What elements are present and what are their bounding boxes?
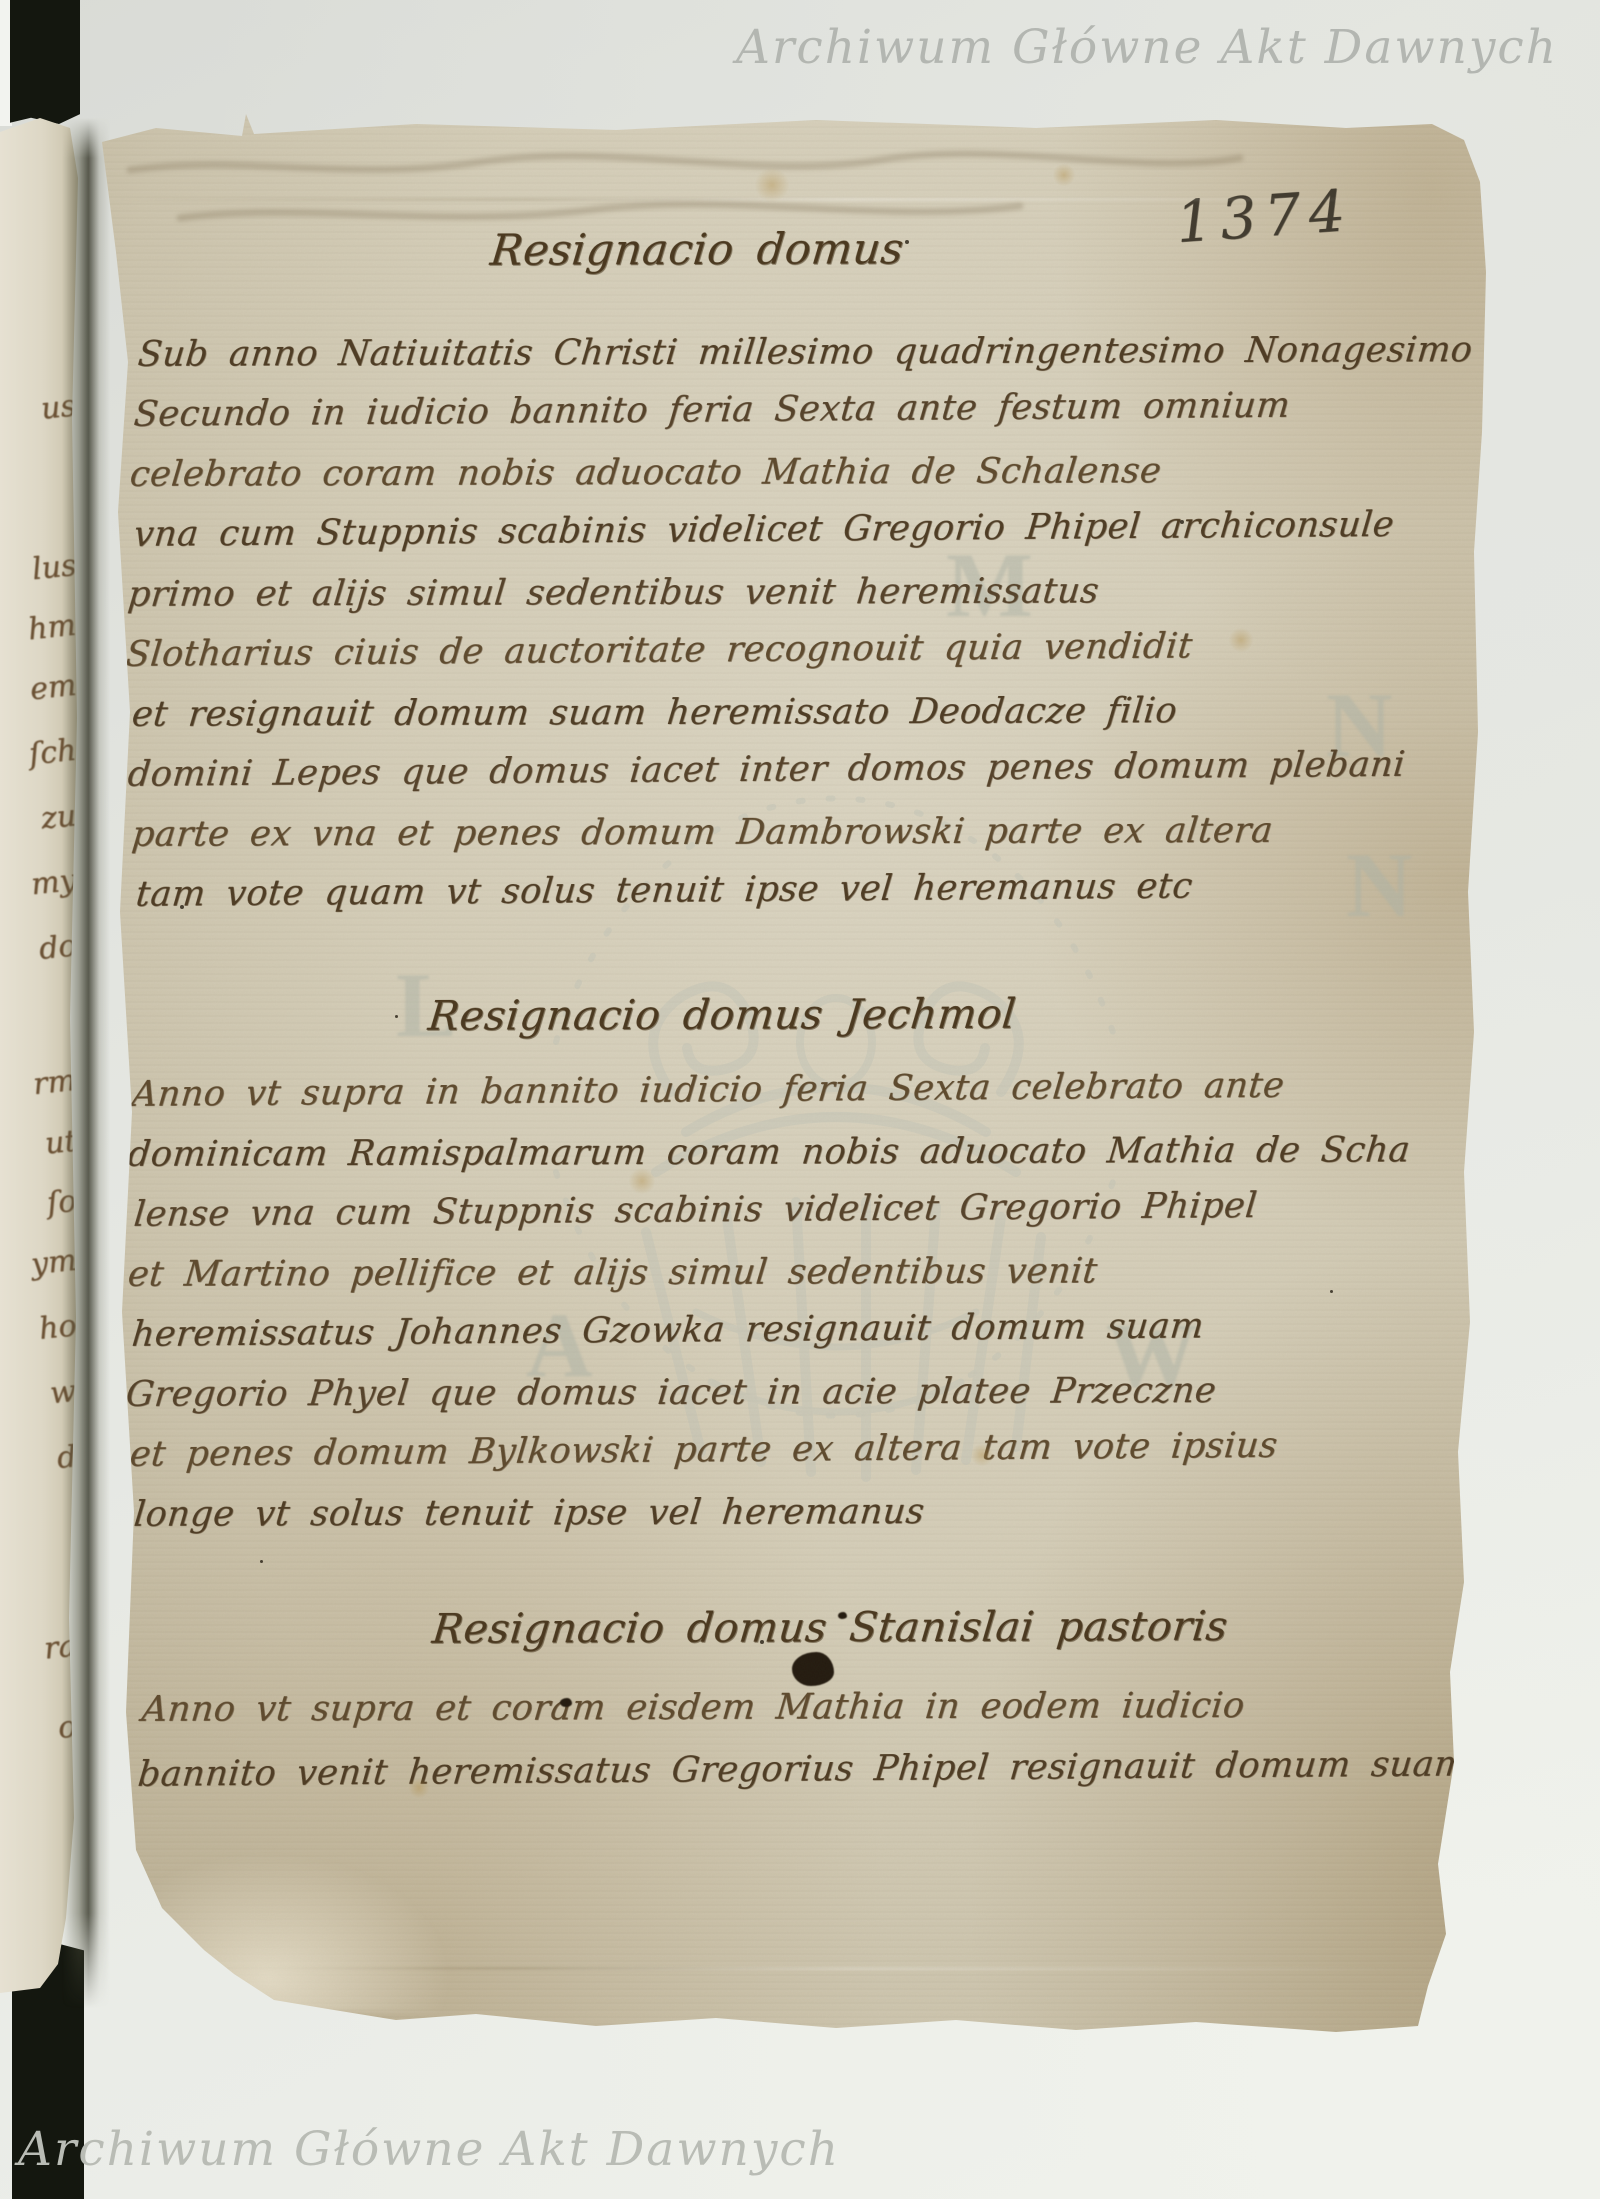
- binding-ribbon-top: [10, 0, 80, 124]
- fly-speck: [180, 905, 184, 909]
- stamp-letter: N: [1346, 832, 1412, 938]
- ink-blot: [792, 1652, 834, 1686]
- manuscript-line: celebrato coram nobis aduocato Mathia de…: [128, 451, 1163, 495]
- foxing-stain: [1228, 628, 1254, 652]
- section-heading: Resignacio domus: [488, 225, 906, 276]
- manuscript-page: M N N W A L 1374 Resignacio domus Sub an…: [96, 112, 1486, 2037]
- manuscript-line: tam vote quam vt solus tenuit ipse vel h…: [134, 867, 1194, 915]
- foxing-stain: [754, 168, 790, 202]
- manuscript-line: heremissatus Johannes Gzowka resignauit …: [130, 1307, 1206, 1355]
- manuscript-line: Gregorio Phyel que domus iacet in acie p…: [124, 1371, 1218, 1415]
- archive-watermark-bottom: Archiwum Główne Akt Dawnych: [18, 2122, 840, 2177]
- manuscript-line: primo et alijs simul sedentibus venit he…: [126, 572, 1101, 615]
- manuscript-line: Anno vt supra et coram eisdem Mathia in …: [140, 1686, 1247, 1730]
- manuscript-line: Slotharius ciuis de auctoritate recognou…: [124, 627, 1194, 675]
- binding-gutter-shadow: [62, 118, 110, 2008]
- manuscript-line: longe vt solus tenuit ipse vel heremanus: [132, 1492, 926, 1535]
- archive-watermark-top: Archiwum Główne Akt Dawnych: [736, 20, 1558, 75]
- fly-speck: [1180, 520, 1184, 524]
- fold-crease: [116, 198, 1446, 201]
- manuscript-line: Sub anno Natiuitatis Christi millesimo q…: [136, 330, 1474, 375]
- manuscript-line: et Martino pellifice et alijs simul sede…: [126, 1252, 1099, 1295]
- foxing-stain: [408, 1778, 430, 1798]
- fly-speck: [1330, 1290, 1333, 1293]
- fly-speck: [260, 1560, 263, 1563]
- section-heading: Resignacio domus Stanislai pastoris: [430, 1602, 1230, 1653]
- fly-speck: [905, 240, 909, 244]
- section-heading: Resignacio domus Jechmol: [426, 990, 1018, 1040]
- foxing-stain: [628, 1168, 656, 1194]
- foxing-stain: [1052, 164, 1076, 186]
- foxing-stain: [970, 1444, 994, 1466]
- page-curl-highlight: [136, 1842, 466, 2012]
- manuscript-line: et resignauit domum suam heremissato Deo…: [130, 691, 1179, 735]
- ink-blot: [838, 1612, 847, 1619]
- ink-blot: [560, 1698, 572, 1707]
- folio-number: 1374: [1174, 178, 1355, 256]
- manuscript-line: dominicam Ramispalmarum coram nobis aduo…: [126, 1131, 1412, 1175]
- archival-scan: Archiwum Główne Akt Dawnych us lus hm em…: [0, 0, 1600, 2199]
- manuscript-line: parte ex vna et penes domum Dambrowski p…: [130, 811, 1275, 855]
- fly-speck: [395, 1015, 398, 1018]
- fly-speck: [760, 1640, 764, 1644]
